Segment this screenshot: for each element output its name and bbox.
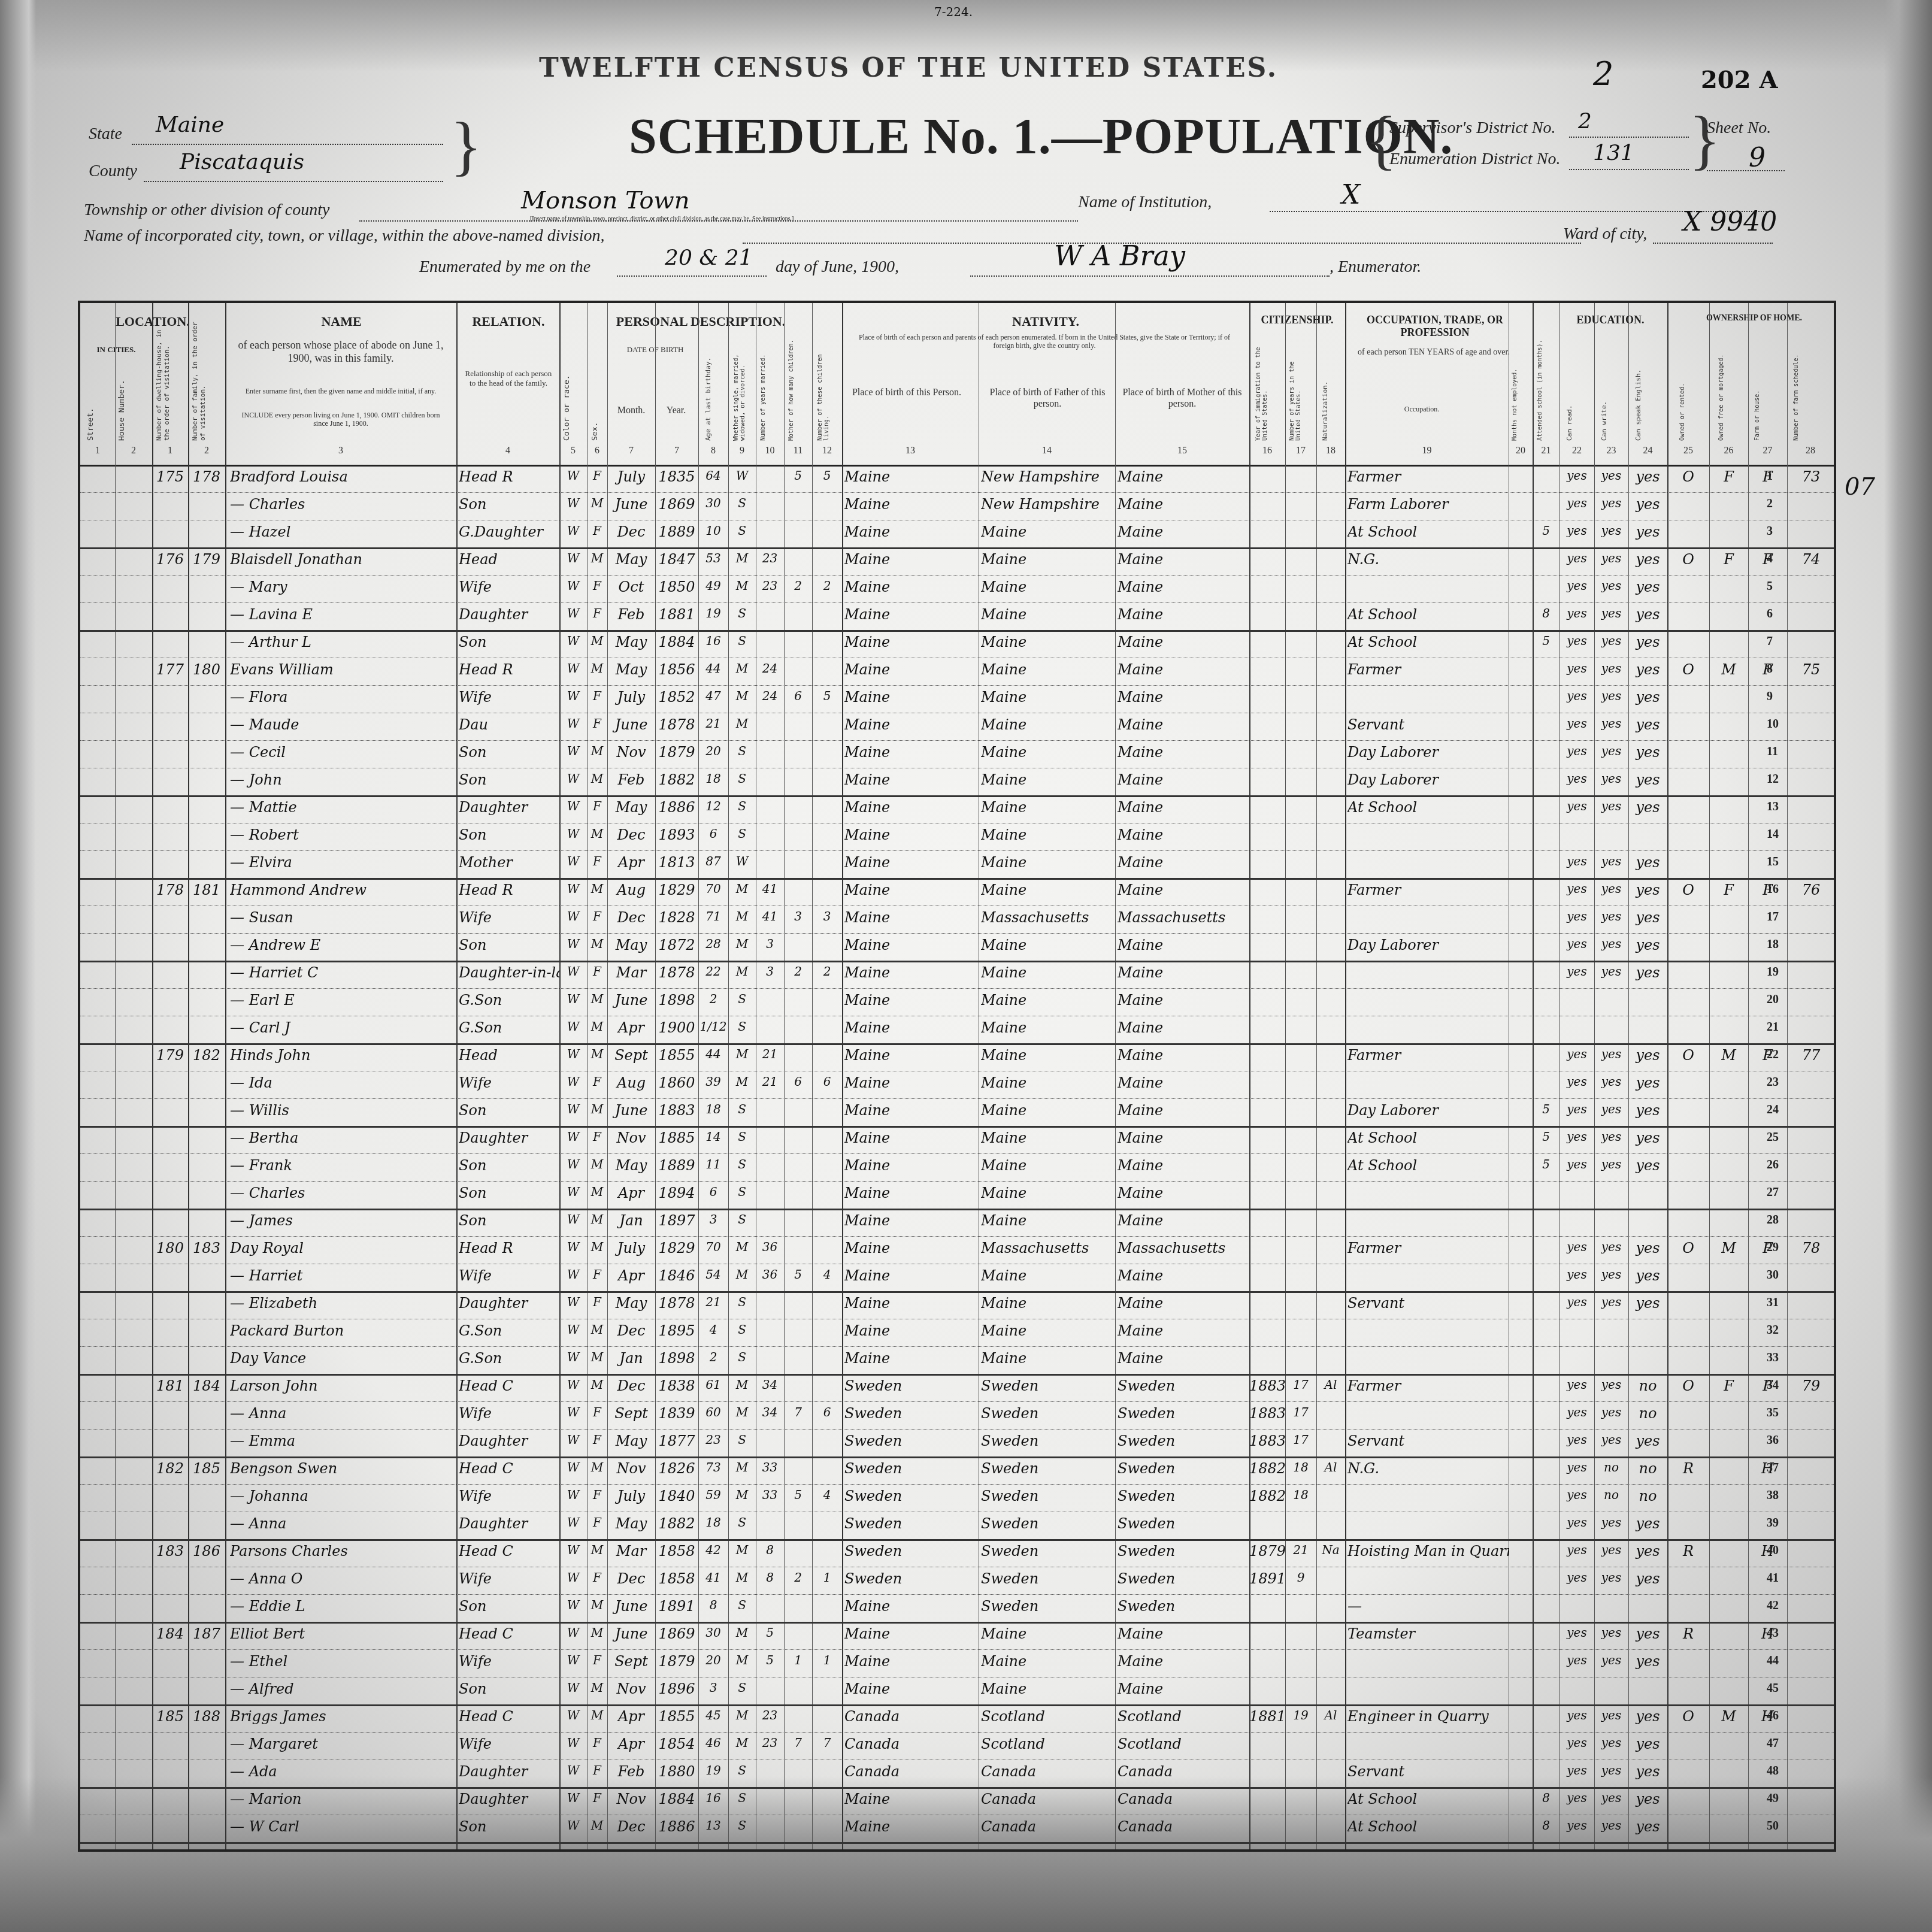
birth-month-cell: Apr <box>607 1019 655 1036</box>
farm-schedule-cell: 76 <box>1787 882 1835 898</box>
person-name-cell: — W Carl <box>230 1818 456 1835</box>
years-in-us-cell: 17 <box>1285 1433 1316 1447</box>
speaks-english-cell: yes <box>1628 523 1667 540</box>
line-number: 17 <box>1767 910 1779 924</box>
header-name-instr2: INCLUDE every person living on June 1, 1… <box>236 411 446 428</box>
relation-cell: Daughter <box>459 799 559 816</box>
children-living-cell: 6 <box>812 1074 842 1089</box>
birthplace-cell: Canada <box>844 1763 979 1780</box>
marital-status-cell: S <box>728 634 756 648</box>
color-cell: W <box>559 799 587 813</box>
father-birthplace-cell: Maine <box>981 634 1115 650</box>
person-name-cell: — Mary <box>230 579 456 595</box>
marital-status-cell: M <box>728 1653 756 1667</box>
line-number: 9 <box>1767 690 1773 704</box>
immigration-year-cell: 1882 <box>1249 1460 1285 1477</box>
column-number: 16 <box>1249 446 1285 456</box>
person-name-cell: — Harriet <box>230 1267 456 1284</box>
birth-year-cell: 1828 <box>655 909 698 926</box>
table-row: — MaudeDauWFJune187821MMaineMaineMaineSe… <box>80 713 1834 741</box>
can-write-cell: yes <box>1594 771 1628 786</box>
can-write-cell: yes <box>1594 1570 1628 1585</box>
school-months-cell: 5 <box>1533 1102 1559 1116</box>
birthplace-cell: Maine <box>844 468 979 485</box>
color-cell: W <box>559 689 587 703</box>
line-number: 37 <box>1767 1461 1779 1475</box>
relation-cell: Head R <box>459 882 559 898</box>
relation-cell: G.Son <box>459 1019 559 1036</box>
children-living-cell: 5 <box>812 689 842 703</box>
can-read-cell: yes <box>1559 964 1594 979</box>
can-read-cell: yes <box>1559 1240 1594 1254</box>
marital-status-cell: S <box>728 1433 756 1447</box>
can-read-cell: yes <box>1559 1295 1594 1309</box>
line-number: 47 <box>1767 1737 1779 1751</box>
birth-year-cell: 1855 <box>655 1047 698 1064</box>
sex-cell: M <box>587 661 607 676</box>
mother-birthplace-cell: Massachusetts <box>1118 909 1249 926</box>
color-cell: W <box>559 1102 587 1116</box>
marital-status-cell: S <box>728 1818 756 1833</box>
mother-birthplace-cell: Scotland <box>1118 1708 1249 1725</box>
birth-year-cell: 1885 <box>655 1129 698 1146</box>
years-married-cell: 5 <box>756 1625 784 1640</box>
age-cell: 49 <box>698 579 728 593</box>
sex-cell: F <box>587 799 607 813</box>
column-number: 25 <box>1667 446 1709 456</box>
color-cell: W <box>559 1377 587 1392</box>
person-name-cell: Elliot Bert <box>230 1625 456 1642</box>
father-birthplace-cell: Sweden <box>981 1570 1115 1587</box>
speaks-english-cell: yes <box>1628 1102 1667 1119</box>
col-street: Street. <box>86 387 95 441</box>
birthplace-cell: Sweden <box>844 1433 979 1449</box>
age-cell: 60 <box>698 1405 728 1419</box>
header-name-instr1: Enter surname first, then the given name… <box>236 387 446 395</box>
mother-birthplace-cell: Maine <box>1118 1653 1249 1670</box>
col-naturalization: Naturalization. <box>1321 363 1329 441</box>
sex-cell: F <box>587 1653 607 1667</box>
column-number: 3 <box>225 446 456 456</box>
birth-year-cell: 1879 <box>655 744 698 761</box>
can-read-cell: yes <box>1559 1653 1594 1667</box>
sex-cell: F <box>587 1488 607 1502</box>
age-cell: 16 <box>698 1791 728 1805</box>
sheet-label: Sheet No. <box>1707 119 1771 138</box>
column-number: 4 <box>456 446 559 456</box>
birth-month-cell: May <box>607 1295 655 1312</box>
birth-month-cell: Nov <box>607 744 655 761</box>
col-house-number: House Number. <box>117 375 126 441</box>
person-name-cell: Bradford Louisa <box>230 468 456 485</box>
header-name-desc: of each person whose place of abode on J… <box>236 339 446 365</box>
can-write-cell: yes <box>1594 1708 1628 1722</box>
table-row: — Eddie LSonWMJune18918SMaineSwedenSwede… <box>80 1594 1834 1624</box>
table-row: — AnnaDaughterWFMay188218SSwedenSwedenSw… <box>80 1512 1834 1541</box>
occupation-cell: Servant <box>1347 1763 1509 1780</box>
person-name-cell: — Hazel <box>230 523 456 540</box>
occupation-cell: Farm Laborer <box>1347 496 1509 513</box>
column-number: 11 <box>784 446 812 456</box>
table-row: 184187Elliot BertHead CWMJune186930M5Mai… <box>80 1622 1834 1650</box>
age-cell: 18 <box>698 771 728 786</box>
person-name-cell: Day Vance <box>230 1350 456 1367</box>
father-birthplace-cell: Sweden <box>981 1405 1115 1422</box>
column-number: 5 <box>559 446 587 456</box>
birthplace-cell: Maine <box>844 1350 979 1367</box>
institution-value: X <box>1342 180 1360 210</box>
birth-month-cell: Dec <box>607 909 655 926</box>
can-write-cell: yes <box>1594 799 1628 813</box>
can-write-cell: yes <box>1594 523 1628 538</box>
person-name-cell: Larson John <box>230 1377 456 1394</box>
father-birthplace-cell: Sweden <box>981 1377 1115 1394</box>
relation-cell: Head R <box>459 468 559 485</box>
mother-birthplace-cell: Sweden <box>1118 1488 1249 1504</box>
person-name-cell: — Carl J <box>230 1019 456 1036</box>
person-name-cell: — Charles <box>230 1185 456 1201</box>
table-row: — W CarlSonWMDec188613SMaineCanadaCanada… <box>80 1815 1834 1844</box>
can-read-cell: yes <box>1559 606 1594 620</box>
line-number: 29 <box>1767 1241 1779 1255</box>
owned-rented-cell: O <box>1667 661 1709 678</box>
age-cell: 4 <box>698 1322 728 1337</box>
county-line <box>144 181 443 182</box>
sheet-value: 9 <box>1749 143 1766 173</box>
person-name-cell: — Lavina E <box>230 606 456 623</box>
birthplace-cell: Maine <box>844 964 979 981</box>
table-row: 176179Blaisdell JonathanHeadWMMay184753M… <box>80 547 1834 576</box>
children-living-cell: 4 <box>812 1267 842 1282</box>
can-write-cell: yes <box>1594 1736 1628 1750</box>
birthplace-cell: Maine <box>844 937 979 953</box>
line-number: 1 <box>1767 470 1773 483</box>
margin-note: 07 <box>1845 473 1875 501</box>
can-write-cell: yes <box>1594 1543 1628 1557</box>
header-citizenship: CITIZENSHIP. <box>1249 314 1345 326</box>
can-write-cell: no <box>1594 1460 1628 1474</box>
years-married-cell: 36 <box>756 1240 784 1254</box>
relation-cell: Daughter <box>459 606 559 623</box>
marital-status-cell: M <box>728 689 756 703</box>
age-cell: 47 <box>698 689 728 703</box>
owned-rented-cell: O <box>1667 1377 1709 1394</box>
years-married-cell: 3 <box>756 937 784 951</box>
can-write-cell: yes <box>1594 1433 1628 1447</box>
can-read-cell: yes <box>1559 551 1594 565</box>
birthplace-cell: Canada <box>844 1736 979 1752</box>
dwelling-number-cell: 184 <box>152 1625 188 1642</box>
line-number: 21 <box>1767 1020 1779 1034</box>
father-birthplace-cell: Massachusetts <box>981 909 1115 926</box>
line-number: 11 <box>1767 745 1778 759</box>
years-married-cell: 24 <box>756 661 784 676</box>
speaks-english-cell: yes <box>1628 744 1667 761</box>
sex-cell: F <box>587 716 607 731</box>
dwelling-number-cell: 177 <box>152 661 188 678</box>
owned-rented-cell: O <box>1667 1708 1709 1725</box>
person-name-cell: — Eddie L <box>230 1598 456 1615</box>
can-read-cell: yes <box>1559 689 1594 703</box>
mother-of-cell: 2 <box>784 579 812 593</box>
line-number: 45 <box>1767 1682 1779 1695</box>
birthplace-cell: Maine <box>844 689 979 705</box>
can-write-cell: yes <box>1594 1763 1628 1777</box>
birth-year-cell: 1882 <box>655 771 698 788</box>
birth-year-cell: 1884 <box>655 634 698 650</box>
can-write-cell: yes <box>1594 937 1628 951</box>
marital-status-cell: M <box>728 551 756 565</box>
person-name-cell: Bengson Swen <box>230 1460 456 1477</box>
can-write-cell: yes <box>1594 1267 1628 1282</box>
township-value: Monson Town <box>521 187 690 214</box>
years-married-cell: 3 <box>756 964 784 979</box>
birth-month-cell: Mar <box>607 1543 655 1559</box>
marital-status-cell: S <box>728 1515 756 1530</box>
free-mortgaged-cell: F <box>1709 1377 1748 1394</box>
supervisor-district-label: Supervisor's District No. <box>1389 119 1555 138</box>
col-father-birthplace: Place of birth of Father of this person. <box>985 387 1110 410</box>
mother-birthplace-cell: Sweden <box>1118 1515 1249 1532</box>
color-cell: W <box>559 1488 587 1502</box>
table-row: 177180Evans WilliamHead RWMMay185644M24M… <box>80 658 1834 686</box>
color-cell: W <box>559 1433 587 1447</box>
dwelling-number-cell: 175 <box>152 468 188 485</box>
father-birthplace-cell: Maine <box>981 1653 1115 1670</box>
naturalization-cell: Al <box>1316 1708 1345 1722</box>
table-row: — Carl JG.SonWMApr19001/12SMaineMaineMai… <box>80 1016 1834 1045</box>
can-write-cell: yes <box>1594 1102 1628 1116</box>
person-name-cell: — Mattie <box>230 799 456 816</box>
line-number: 31 <box>1767 1296 1779 1310</box>
table-row: — Andrew ESonWMMay187228M3MaineMaineMain… <box>80 933 1834 962</box>
immigration-year-cell: 1881 <box>1249 1708 1285 1725</box>
color-cell: W <box>559 1736 587 1750</box>
occupation-cell: Engineer in Quarry <box>1347 1708 1509 1725</box>
sex-cell: M <box>587 744 607 758</box>
mother-of-cell: 6 <box>784 689 812 703</box>
birth-year-cell: 1858 <box>655 1570 698 1587</box>
birth-month-cell: June <box>607 992 655 1009</box>
occupation-cell: At School <box>1347 1157 1509 1174</box>
col-years-married: Number of years married. <box>760 339 767 441</box>
color-cell: W <box>559 1543 587 1557</box>
years-married-cell: 34 <box>756 1405 784 1419</box>
mother-of-cell: 1 <box>784 1653 812 1667</box>
years-married-cell: 5 <box>756 1653 784 1667</box>
table-row: — JamesSonWMJan18973SMaineMaineMaine <box>80 1209 1834 1237</box>
table-row: 185188Briggs JamesHead CWMApr185545M23Ca… <box>80 1704 1834 1733</box>
sheet-line <box>1707 170 1785 171</box>
mother-birthplace-cell: Maine <box>1118 523 1249 540</box>
can-write-cell: yes <box>1594 1240 1628 1254</box>
col-immigration-year: Year of immigration to the United States… <box>1255 339 1268 441</box>
line-number: 3 <box>1767 525 1773 538</box>
sex-cell: M <box>587 1680 607 1695</box>
birth-month-cell: Apr <box>607 854 655 871</box>
mother-birthplace-cell: Maine <box>1118 1680 1249 1697</box>
can-read-cell: yes <box>1559 1791 1594 1805</box>
birth-year-cell: 1869 <box>655 1625 698 1642</box>
father-birthplace-cell: Canada <box>981 1763 1115 1780</box>
birth-year-cell: 1855 <box>655 1708 698 1725</box>
father-birthplace-cell: Maine <box>981 1680 1115 1697</box>
mother-of-cell: 7 <box>784 1736 812 1750</box>
age-cell: 22 <box>698 964 728 979</box>
sex-cell: M <box>587 1818 607 1833</box>
relation-cell: Head <box>459 1047 559 1064</box>
color-cell: W <box>559 551 587 565</box>
birth-month-cell: July <box>607 1488 655 1504</box>
farm-schedule-cell: 77 <box>1787 1047 1835 1064</box>
birthplace-cell: Maine <box>844 1295 979 1312</box>
city-label: Name of incorporated city, town, or vill… <box>84 226 604 246</box>
color-cell: W <box>559 1129 587 1144</box>
father-birthplace-cell: Maine <box>981 661 1115 678</box>
sex-cell: F <box>587 579 607 593</box>
speaks-english-cell: yes <box>1628 909 1667 926</box>
age-cell: 18 <box>698 1102 728 1116</box>
birth-month-cell: Jan <box>607 1212 655 1229</box>
birthplace-cell: Maine <box>844 1185 979 1201</box>
relation-cell: Wife <box>459 1074 559 1091</box>
birthplace-cell: Maine <box>844 634 979 650</box>
birth-year-cell: 1869 <box>655 496 698 513</box>
col-sex: Sex. <box>590 411 599 441</box>
birth-month-cell: Nov <box>607 1680 655 1697</box>
line-number: 33 <box>1767 1351 1779 1365</box>
color-cell: W <box>559 1708 587 1722</box>
header-nativity-desc: Place of birth of each person and parent… <box>853 333 1236 350</box>
col-year: Year. <box>655 405 697 416</box>
sex-cell: F <box>587 909 607 923</box>
person-name-cell: — Flora <box>230 689 456 705</box>
occupation-cell: N.G. <box>1347 551 1509 568</box>
table-row: — Arthur LSonWMMay188416SMaineMaineMaine… <box>80 630 1834 658</box>
birthplace-cell: Maine <box>844 523 979 540</box>
owned-rented-cell: R <box>1667 1625 1709 1642</box>
color-cell: W <box>559 1570 587 1585</box>
population-schedule-table: LOCATION. IN CITIES. NAME of each person… <box>78 301 1836 1852</box>
age-cell: 3 <box>698 1212 728 1227</box>
birth-month-cell: Sept <box>607 1405 655 1422</box>
can-read-cell: yes <box>1559 937 1594 951</box>
speaks-english-cell: no <box>1628 1405 1667 1422</box>
birth-year-cell: 1879 <box>655 1653 698 1670</box>
speaks-english-cell: yes <box>1628 1570 1667 1587</box>
column-number: 7 <box>607 446 655 456</box>
mother-birthplace-cell: Maine <box>1118 1212 1249 1229</box>
birthplace-cell: Maine <box>844 1680 979 1697</box>
birth-year-cell: 1878 <box>655 964 698 981</box>
sex-cell: M <box>587 826 607 841</box>
speaks-english-cell: no <box>1628 1488 1667 1504</box>
birth-year-cell: 1889 <box>655 1157 698 1174</box>
col-color: Color or race. <box>562 369 571 441</box>
age-cell: 13 <box>698 1818 728 1833</box>
color-cell: W <box>559 1625 587 1640</box>
birth-month-cell: May <box>607 1515 655 1532</box>
person-name-cell: Hammond Andrew <box>230 882 456 898</box>
can-write-cell: yes <box>1594 1129 1628 1144</box>
ward-value: X 9940 <box>1683 207 1777 237</box>
color-cell: W <box>559 1763 587 1777</box>
table-row: — HarrietWifeWFApr184654M3654MaineMaineM… <box>80 1264 1834 1293</box>
page-handwritten-number: 2 <box>1593 55 1613 93</box>
birth-year-cell: 1877 <box>655 1433 698 1449</box>
table-row: Packard BurtonG.SonWMDec18954SMaineMaine… <box>80 1319 1834 1347</box>
birth-year-cell: 1839 <box>655 1405 698 1422</box>
header-nativity: NATIVITY. <box>842 314 1249 329</box>
birth-year-cell: 1852 <box>655 689 698 705</box>
immigration-year-cell: 1882 <box>1249 1488 1285 1504</box>
age-cell: 54 <box>698 1267 728 1282</box>
sex-cell: F <box>587 1736 607 1750</box>
speaks-english-cell: yes <box>1628 716 1667 733</box>
can-write-cell: yes <box>1594 716 1628 731</box>
mother-birthplace-cell: Maine <box>1118 1185 1249 1201</box>
table-row: — EmmaDaughterWFMay187723SSwedenSwedenSw… <box>80 1429 1834 1458</box>
person-name-cell: Day Royal <box>230 1240 456 1256</box>
birth-year-cell: 1878 <box>655 716 698 733</box>
speaks-english-cell: yes <box>1628 1791 1667 1807</box>
years-married-cell: 8 <box>756 1570 784 1585</box>
marital-status-cell: M <box>728 1047 756 1061</box>
person-name-cell: — Charles <box>230 496 456 513</box>
occupation-cell: Farmer <box>1347 1047 1509 1064</box>
person-name-cell: Evans William <box>230 661 456 678</box>
relation-cell: G.Daughter <box>459 523 559 540</box>
relation-cell: Daughter <box>459 1433 559 1449</box>
sex-cell: M <box>587 992 607 1006</box>
marital-status-cell: M <box>728 1267 756 1282</box>
marital-status-cell: M <box>728 1460 756 1474</box>
speaks-english-cell: yes <box>1628 1074 1667 1091</box>
occupation-cell: Day Laborer <box>1347 937 1509 953</box>
sex-cell: F <box>587 1570 607 1585</box>
occupation-cell: At School <box>1347 523 1509 540</box>
birth-year-cell: 1872 <box>655 937 698 953</box>
person-name-cell: — Arthur L <box>230 634 456 650</box>
speaks-english-cell: no <box>1628 1377 1667 1394</box>
person-name-cell: — Alfred <box>230 1680 456 1697</box>
can-read-cell: yes <box>1559 579 1594 593</box>
table-row: — FrankSonWMMay188911SMaineMaineMaineAt … <box>80 1153 1834 1182</box>
col-farm-schedule: Number of farm schedule. <box>1793 339 1800 441</box>
relation-cell: Son <box>459 1157 559 1174</box>
column-number: 15 <box>1115 446 1249 456</box>
occupation-cell: Hoisting Man in Quarry <box>1347 1543 1509 1559</box>
col-occupation: Occupation. <box>1362 405 1482 413</box>
age-cell: 30 <box>698 1625 728 1640</box>
marital-status-cell: S <box>728 606 756 620</box>
mother-birthplace-cell: Maine <box>1118 854 1249 871</box>
mother-birthplace-cell: Maine <box>1118 964 1249 981</box>
birth-year-cell: 1838 <box>655 1377 698 1394</box>
school-months-cell: 8 <box>1533 1791 1559 1805</box>
sex-cell: F <box>587 1129 607 1144</box>
col-can-read: Can read. <box>1565 375 1573 441</box>
years-married-cell: 33 <box>756 1460 784 1474</box>
mother-birthplace-cell: Sweden <box>1118 1433 1249 1449</box>
father-birthplace-cell: Sweden <box>981 1543 1115 1559</box>
ward-line <box>1653 243 1773 244</box>
col-birthplace: Place of birth of this Person. <box>847 387 967 398</box>
father-birthplace-cell: Maine <box>981 716 1115 733</box>
free-mortgaged-cell: M <box>1709 661 1748 678</box>
table-row: — MattieDaughterWFMay188612SMaineMaineMa… <box>80 795 1834 823</box>
relation-cell: Son <box>459 826 559 843</box>
